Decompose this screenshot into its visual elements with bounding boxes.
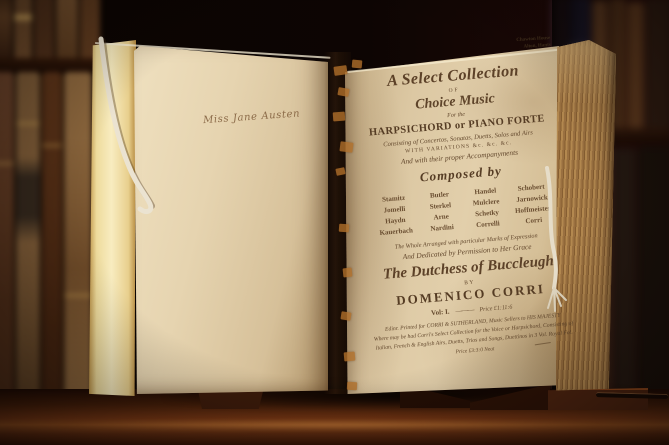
repair-tape-patch <box>337 87 349 97</box>
repair-tape-patch <box>347 382 357 391</box>
price-note: Price £1:11:6 <box>479 304 512 314</box>
title-page-text: Chawton House Alton, Hants A Select Coll… <box>351 45 577 394</box>
composer-name: Correlli <box>467 219 510 230</box>
bookshelf-left <box>0 0 102 400</box>
volume-rule: ——— <box>455 305 474 314</box>
book-spine <box>638 146 669 394</box>
composer-name: Schobert <box>510 182 553 193</box>
shelf-board <box>0 58 102 72</box>
gilt-tooling <box>0 162 14 165</box>
composer-name: Sterkel <box>419 201 462 212</box>
yellow-endpaper <box>89 40 136 396</box>
repair-tape-patch <box>339 224 350 233</box>
book-spine <box>0 0 12 58</box>
book-spine <box>628 2 644 128</box>
repair-tape-patch <box>333 112 346 122</box>
book-spine <box>0 72 14 400</box>
book-spine <box>34 0 54 58</box>
repair-tape-patch <box>333 65 347 76</box>
composer-name: Nardini <box>421 223 464 234</box>
book-spine <box>64 72 92 400</box>
table-highlight <box>50 420 610 430</box>
book-spine <box>646 0 669 128</box>
composer-name: Arne <box>420 212 463 223</box>
gilt-tooling <box>42 144 62 147</box>
book-spine <box>56 0 78 58</box>
composer-name: Butler <box>418 190 461 201</box>
composer-name: Hoffmeister <box>512 204 555 215</box>
composer-name: Stamitz <box>372 193 415 204</box>
composer-name: Kauerbach <box>375 226 418 237</box>
gilt-tooling <box>16 122 40 125</box>
repair-tape-patch <box>344 352 356 362</box>
repair-tape-patch <box>340 311 351 320</box>
composer-name: Jarnowick <box>511 193 554 204</box>
composer-name: Mulclere <box>465 197 508 208</box>
composer-name-grid: Stamitz Butler Handel Schobert Jomelli S… <box>372 182 555 237</box>
photo-scene: Miss Jane Austen Chawton House Alton, Ha… <box>0 0 669 445</box>
repair-tape-patch <box>343 268 353 278</box>
composer-name: Corri <box>513 215 556 226</box>
left-flyleaf-page <box>134 46 328 394</box>
composer-name: Schetky <box>466 208 509 219</box>
book-spine <box>42 72 62 400</box>
repair-tape-patch <box>339 141 353 153</box>
composer-name: Haydn <box>374 215 417 226</box>
composer-name: Handel <box>464 186 507 197</box>
composer-name: Jomelli <box>373 204 416 215</box>
library-stamp: Chawton House Alton, Hants <box>516 35 551 51</box>
book-spine <box>14 0 32 58</box>
volume-label: Vol: I. <box>431 307 450 316</box>
gilt-tooling <box>64 294 92 297</box>
